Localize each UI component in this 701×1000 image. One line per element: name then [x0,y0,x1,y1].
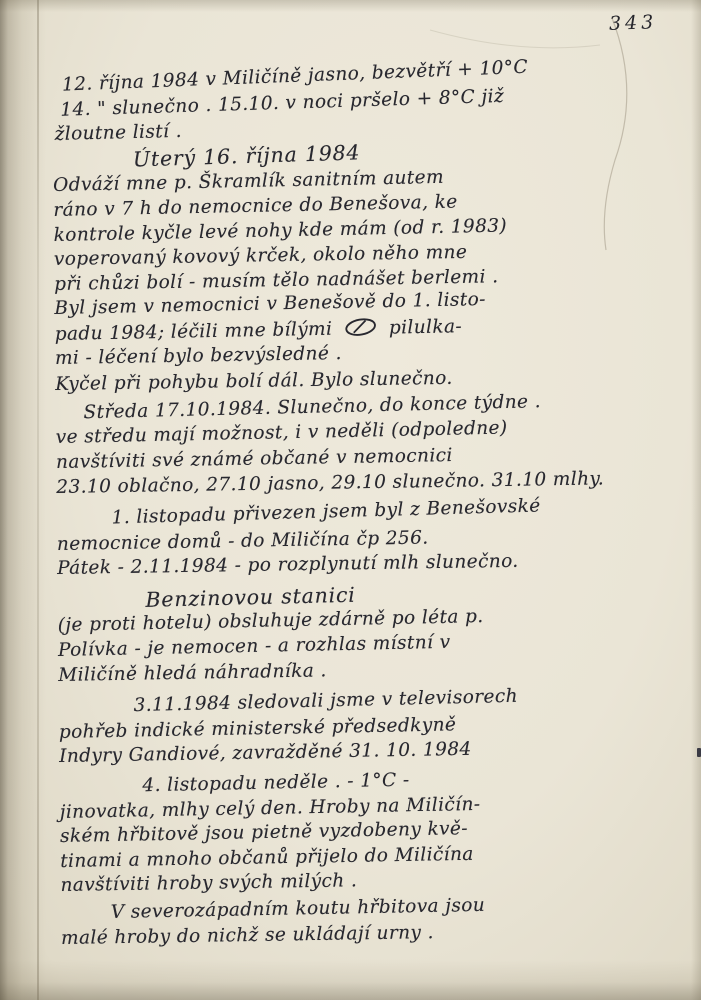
page-number: 343 [608,11,657,35]
manuscript-text: 12. října 1984 v Miličíně jasno, bezvětř… [52,67,686,951]
manuscript-line-text: pilulka- [382,316,462,339]
scan-artifact [697,748,701,757]
manuscript-line-text: padu 1984; léčili mne bílými [55,318,339,344]
pill-drawing-icon [342,316,378,339]
scanned-manuscript-page: 343 12. října 1984 v Miličíně jasno, bez… [0,0,701,1000]
page-fold-crease [37,0,39,1000]
